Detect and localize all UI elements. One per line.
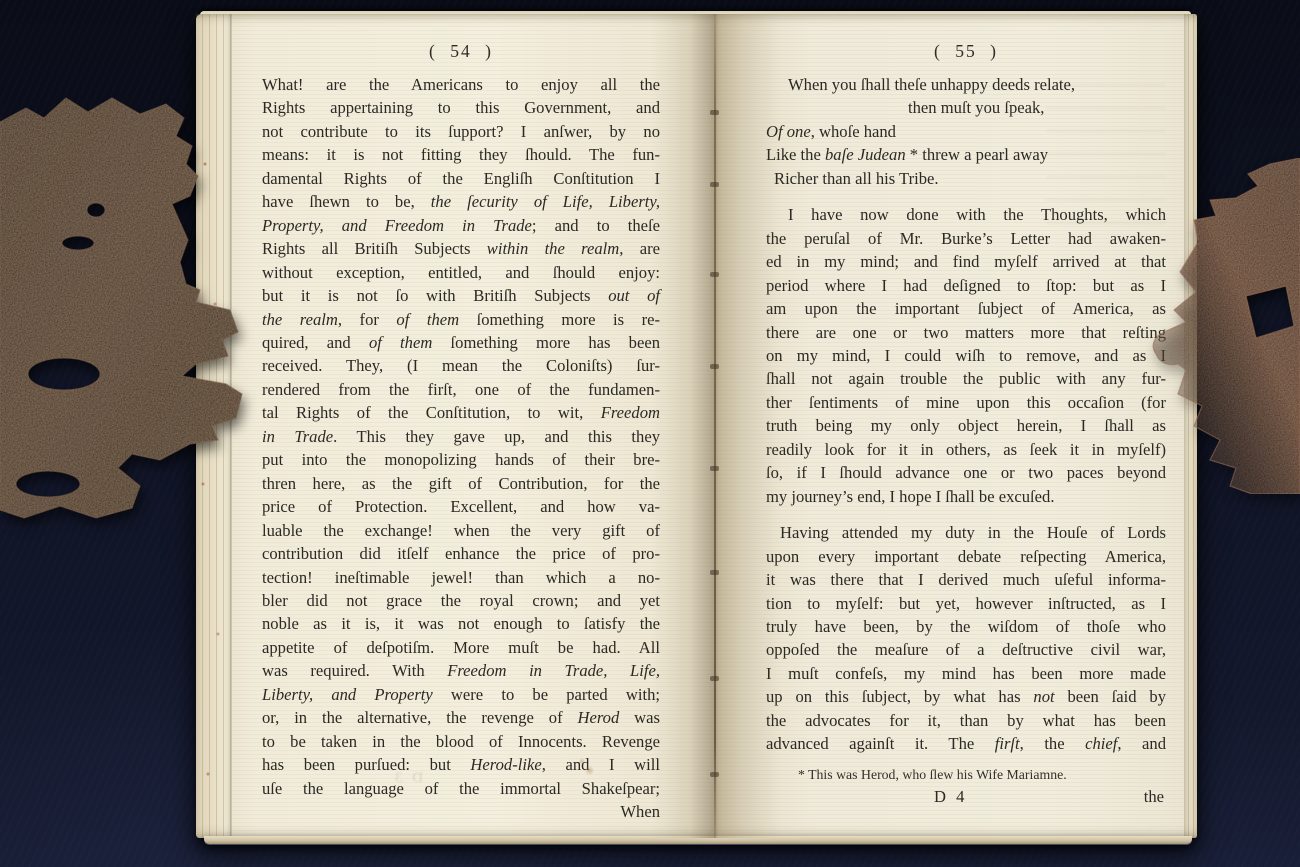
right-catchword: the xyxy=(1144,787,1164,807)
text-line: it was there that I derived much uſeful … xyxy=(766,568,1166,591)
text-line: Having attended my duty in the Houſe of … xyxy=(766,521,1166,544)
sewing-stitch xyxy=(710,676,719,681)
page-left: ( 54 ) What! are the Americans to enjoy … xyxy=(196,14,716,838)
metal-clasp-right xyxy=(1152,158,1300,494)
text-line: advanced againſt it. The firſt, the chie… xyxy=(766,732,1166,755)
text-line: rendered from the firſt, one of the fund… xyxy=(262,378,660,401)
text-line: the advocates for it, than by what has b… xyxy=(766,709,1166,732)
bleedthrough-signature: D 3 xyxy=(392,770,423,787)
text-line: appetite of deſpotiſm. More muſt be had.… xyxy=(262,636,660,659)
text-line: I muſt confeſs, my mind has been more ma… xyxy=(766,662,1166,685)
footnote: * This was Herod, who ſlew his Wife Mari… xyxy=(766,766,1166,784)
text-line: Rights all Britiſh Subjects within the r… xyxy=(262,237,660,260)
text-line: price of Protection. Excellent, and how … xyxy=(262,495,660,518)
sewing-stitch xyxy=(710,110,719,115)
text-line: but it is not ſo with Britiſh Subjects o… xyxy=(262,284,660,307)
text-line: received. They, (I mean the Coloniſts) ſ… xyxy=(262,354,660,377)
text-line: bler did not grace the royal crown; and … xyxy=(262,589,660,612)
paragraph-1: I have now done with the Thoughts, which… xyxy=(766,203,1166,508)
text-line: tion to myſelf: but yet, however inſtruc… xyxy=(766,592,1166,615)
sewing-stitch xyxy=(710,364,719,369)
text-line: have ſhewn to be, the ſecurity of Life, … xyxy=(262,190,660,213)
text-line: without exception, entitled, and ſhould … xyxy=(262,261,660,284)
sewing-stitch xyxy=(710,272,719,277)
text-line: uſe the language of the immortal Shakeſp… xyxy=(262,777,660,800)
open-book: ( 54 ) What! are the Americans to enjoy … xyxy=(196,14,1197,838)
left-page-text: What! are the Americans to enjoy all the… xyxy=(262,73,660,824)
right-page-content: ( 55 ) When you ſhall theſe unhappy deed… xyxy=(766,14,1166,838)
text-line: tection! ineſtimable jewel! than which a… xyxy=(262,566,660,589)
text-line: Of one, whoſe hand xyxy=(766,120,1166,143)
text-line: ſo, if I ſhould advance one or two paces… xyxy=(766,461,1166,484)
text-line: then muſt you ſpeak, xyxy=(766,96,1166,119)
text-line: put into the monopolizing hands of their… xyxy=(262,448,660,471)
text-line: there are one or two matters more that r… xyxy=(766,321,1166,344)
text-line: to be taken in the blood of Innocents. R… xyxy=(262,730,660,753)
text-line: Rights appertaining to this Government, … xyxy=(262,96,660,119)
paragraph-2: Having attended my duty in the Houſe of … xyxy=(766,521,1166,756)
text-line: What! are the Americans to enjoy all the xyxy=(262,73,660,96)
text-line: I have now done with the Thoughts, which xyxy=(766,203,1166,226)
text-line: has been purſued: but Herod-like, and I … xyxy=(262,753,660,776)
text-line: up on this ſubject, by what has not been… xyxy=(766,685,1166,708)
text-line: was required. With Freedom in Trade, Lif… xyxy=(262,659,660,682)
text-line: quired, and of them ſomething more has b… xyxy=(262,331,660,354)
text-line: oppoſed the meaſure of a deſtructive civ… xyxy=(766,638,1166,661)
sewing-stitch xyxy=(710,772,719,777)
photo-backdrop: ( 54 ) What! are the Americans to enjoy … xyxy=(0,0,1300,867)
text-line: Like the baſe Judean * threw a pearl awa… xyxy=(766,143,1166,166)
text-line: ther ſentiments of mine upon this occaſi… xyxy=(766,391,1166,414)
text-line: ſhall not again trouble the public with … xyxy=(766,367,1166,390)
text-line: Liberty, and Property were to be parted … xyxy=(262,683,660,706)
gathering-signature: D 4 xyxy=(934,787,967,807)
right-page-text: When you ſhall theſe unhappy deeds relat… xyxy=(766,73,1166,811)
text-line: means: it is not fitting they ſhould. Th… xyxy=(262,143,660,166)
sewing-stitch xyxy=(710,182,719,187)
text-line: noble as it is, it was not enough to ſat… xyxy=(262,612,660,635)
text-line: contribution did itſelf enhance the pric… xyxy=(262,542,660,565)
text-line: thren here, as the gift of Contribution,… xyxy=(262,472,660,495)
metal-clasp-left xyxy=(0,88,246,528)
text-line: in Trade. This they gave up, and this th… xyxy=(262,425,660,448)
text-line: tal Rights of the Conſtitution, to wit, … xyxy=(262,401,660,424)
sewing-stitch xyxy=(710,570,719,575)
left-catchword: When xyxy=(262,800,660,823)
text-line: ed in my mind; and find myſelf arrived a… xyxy=(766,250,1166,273)
text-line: the realm, for of them ſomething more is… xyxy=(262,308,660,331)
text-line: period where I had deſigned to ſtop: but… xyxy=(766,274,1166,297)
verse-quote: When you ſhall theſe unhappy deeds relat… xyxy=(766,73,1166,190)
text-line: my journey’s end, I hope I ſhall be excu… xyxy=(766,485,1166,508)
text-line: truth being my only object herein, I ſha… xyxy=(766,414,1166,437)
page-number-left: ( 54 ) xyxy=(262,41,660,62)
text-line: truly have been, by the wiſdom of thoſe … xyxy=(766,615,1166,638)
text-line: am upon the important ſubject of America… xyxy=(766,297,1166,320)
text-line: damental Rights of the Engliſh Conſtitut… xyxy=(262,167,660,190)
text-line: not contribute to its ſupport? I anſwer,… xyxy=(262,120,660,143)
text-line: upon every important debate reſpecting A… xyxy=(766,545,1166,568)
text-line: When you ſhall theſe unhappy deeds relat… xyxy=(766,73,1166,96)
text-line: or, in the alternative, the revenge of H… xyxy=(262,706,660,729)
text-line: the peruſal of Mr. Burke’s Letter had aw… xyxy=(766,227,1166,250)
page-right: ( 55 ) When you ſhall theſe unhappy deed… xyxy=(716,14,1197,838)
text-line: on my mind, I could wiſh to remove, and … xyxy=(766,344,1166,367)
left-page-content: ( 54 ) What! are the Americans to enjoy … xyxy=(262,14,660,838)
text-line: Richer than all his Tribe. xyxy=(766,167,1166,190)
signature-row: D 4 the xyxy=(766,787,1166,811)
text-line: readily look for it in others, as ſeek i… xyxy=(766,438,1166,461)
sewing-stitch xyxy=(710,466,719,471)
page-number-right: ( 55 ) xyxy=(766,41,1166,62)
text-line: Property, and Freedom in Trade; and to t… xyxy=(262,214,660,237)
text-line: luable the exchange! when the very gift … xyxy=(262,519,660,542)
